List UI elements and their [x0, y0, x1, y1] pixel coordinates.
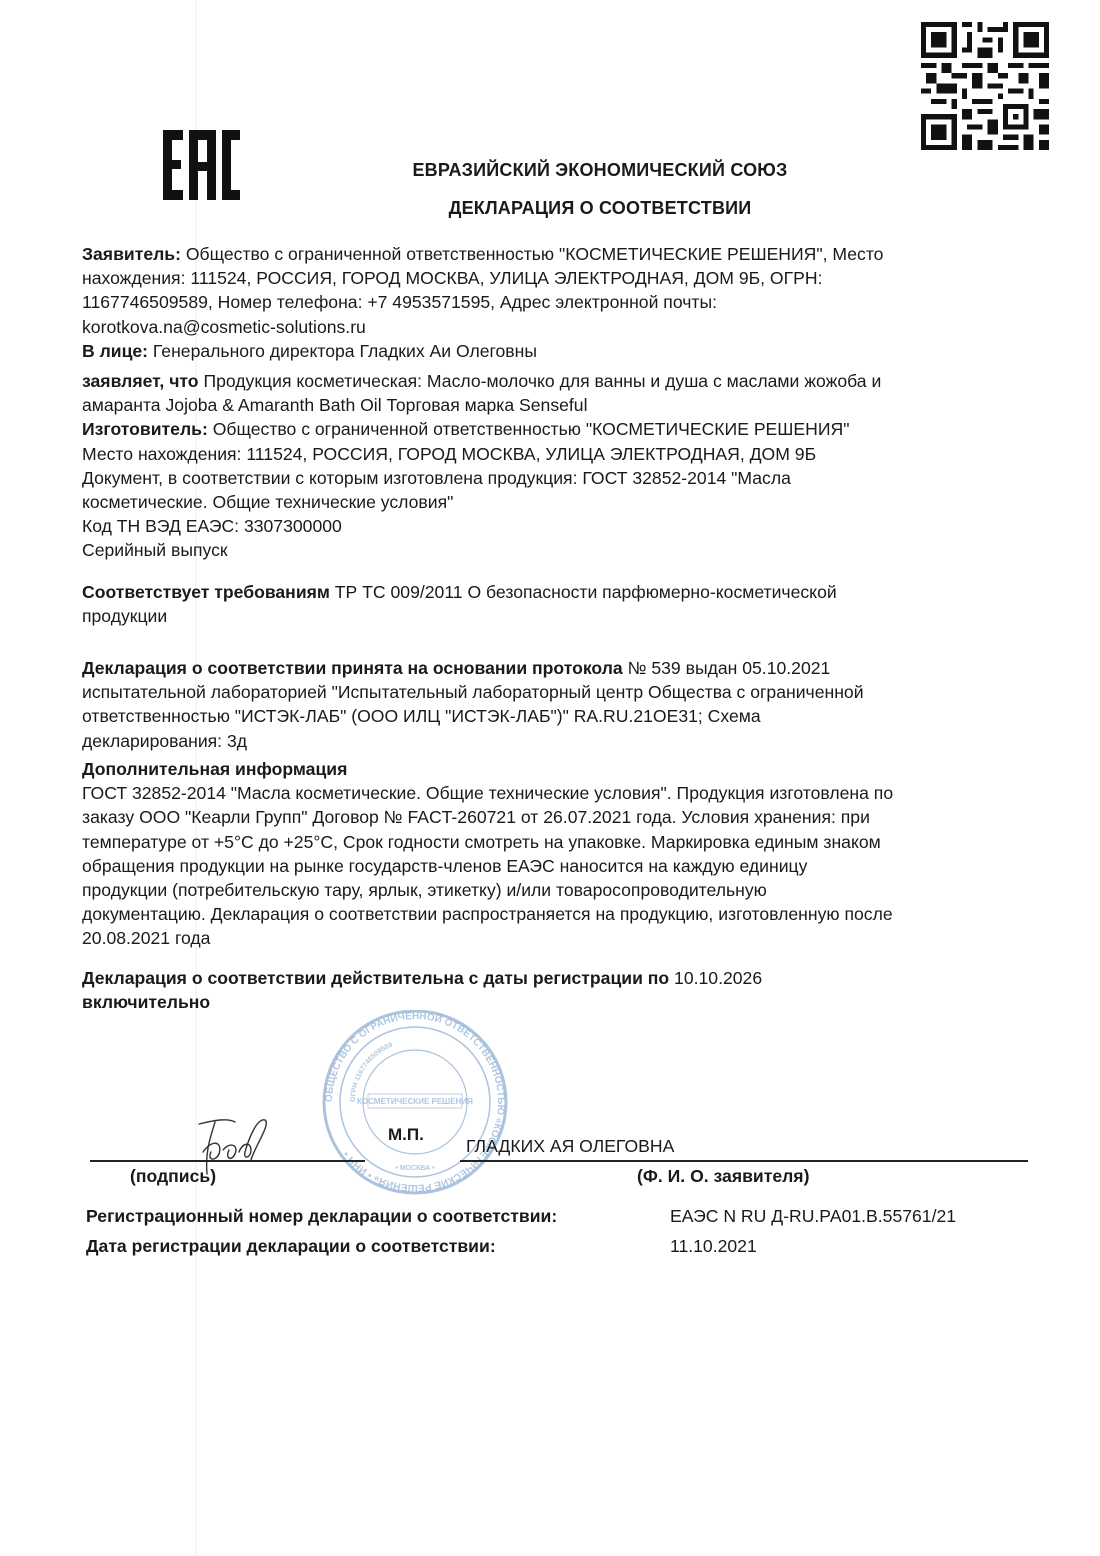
- signature-caption: (подпись): [130, 1166, 216, 1187]
- product-line: амаранта Jojoba & Amaranth Bath Oil Торг…: [82, 393, 1032, 417]
- compliance-line: ТР ТС 009/2011 О безопасности парфюмерно…: [330, 582, 837, 602]
- additional-line: температуре от +5°С до +25°С, Срок годно…: [82, 830, 1032, 854]
- basis-line: испытательной лабораторией "Испытательны…: [82, 680, 1032, 704]
- seal-place-label: М.П.: [388, 1125, 424, 1145]
- basis-line: № 539 выдан 05.10.2021: [623, 658, 831, 678]
- validity-section: Декларация о соответствии действительна …: [82, 966, 1032, 1014]
- compliance-label: Соответствует требованиям: [82, 582, 330, 602]
- applicant-label: Заявитель:: [82, 244, 181, 264]
- applicant-line: 1167746509589, Номер телефона: +7 495357…: [82, 290, 1032, 314]
- qr-code-icon: [921, 22, 1049, 150]
- svg-text:ОГРН 1167746509589: ОГРН 1167746509589: [350, 1042, 394, 1103]
- manufacturer-line: косметические. Общие технические условия…: [82, 490, 1032, 514]
- applicant-line: нахождения: 111524, РОССИЯ, ГОРОД МОСКВА…: [82, 266, 1032, 290]
- applicant-email: korotkova.na@cosmetic-solutions.ru: [82, 315, 1032, 339]
- registration-number-row: Регистрационный номер декларации о соотв…: [86, 1206, 557, 1227]
- declares-label: заявляет, что: [82, 371, 199, 391]
- manufacturer-line: Документ, в соответствии с которым изгот…: [82, 466, 1032, 490]
- compliance-section: Соответствует требованиям ТР ТС 009/2011…: [82, 580, 1032, 628]
- name-caption: (Ф. И. О. заявителя): [637, 1166, 809, 1187]
- manufacturer-line: Общество с ограниченной ответственностью…: [208, 419, 850, 439]
- manufacturer-label: Изготовитель:: [82, 419, 208, 439]
- company-seal-icon: ОБЩЕСТВО С ОГРАНИЧЕННОЙ ОТВЕТСТВЕННОСТЬЮ…: [310, 1010, 520, 1195]
- registration-date-row: Дата регистрации декларации о соответств…: [86, 1236, 496, 1257]
- union-heading: ЕВРАЗИЙСКИЙ ЭКОНОМИЧЕСКИЙ СОЮЗ: [160, 160, 1040, 181]
- basis-section: Декларация о соответствии принята на осн…: [82, 656, 1032, 753]
- person-label: В лице:: [82, 341, 148, 361]
- additional-line: заказу ООО "Кеарли Групп" Договор № FACT…: [82, 805, 1032, 829]
- basis-line: декларирования: 3д: [82, 729, 1032, 753]
- additional-line: ГОСТ 32852-2014 "Масла косметические. Об…: [82, 781, 1032, 805]
- product-line: Продукция косметическая: Масло-молочко д…: [199, 371, 882, 391]
- additional-label: Дополнительная информация: [82, 759, 347, 779]
- applicant-name: ГЛАДКИХ АЯ ОЛЕГОВНА: [466, 1136, 674, 1157]
- hs-code: Код ТН ВЭД ЕАЭС: 3307300000: [82, 514, 1032, 538]
- signature-line: [90, 1160, 365, 1162]
- validity-label: Декларация о соответствии действительна …: [82, 968, 669, 988]
- name-line: [460, 1160, 1028, 1162]
- additional-section: Дополнительная информация ГОСТ 32852-201…: [82, 757, 1032, 951]
- product-section: заявляет, что Продукция косметическая: М…: [82, 369, 1032, 563]
- applicant-section: Заявитель: Общество с ограниченной ответ…: [82, 242, 1032, 363]
- svg-text:• МОСКВА •: • МОСКВА •: [395, 1165, 435, 1172]
- compliance-line: продукции: [82, 604, 1032, 628]
- additional-line: обращения продукции на рынке государств-…: [82, 854, 1032, 878]
- person-value: Генерального директора Гладких Аи Олегов…: [148, 341, 537, 361]
- manufacturer-line: Место нахождения: 111524, РОССИЯ, ГОРОД …: [82, 442, 1032, 466]
- additional-line: продукции (потребительскую тару, ярлык, …: [82, 878, 1032, 902]
- validity-date: 10.10.2026: [669, 968, 762, 988]
- registration-date-value: 11.10.2021: [670, 1236, 757, 1257]
- basis-line: ответственностью "ИСТЭК-ЛАБ" (ООО ИЛЦ "И…: [82, 704, 1032, 728]
- registration-date-label: Дата регистрации декларации о соответств…: [86, 1236, 496, 1256]
- release-type: Серийный выпуск: [82, 538, 1032, 562]
- document-title: ДЕКЛАРАЦИЯ О СООТВЕТСТВИИ: [160, 198, 1040, 219]
- additional-line: 20.08.2021 года: [82, 926, 1032, 950]
- basis-label: Декларация о соответствии принята на осн…: [82, 658, 623, 678]
- additional-line: документацию. Декларация о соответствии …: [82, 902, 1032, 926]
- registration-number-value: ЕАЭС N RU Д-RU.РА01.В.55761/21: [670, 1206, 956, 1227]
- validity-label-2: включительно: [82, 992, 210, 1012]
- applicant-line: Общество с ограниченной ответственностью…: [181, 244, 884, 264]
- stamp-center-text: КОСМЕТИЧЕСКИЕ РЕШЕНИЯ: [357, 1097, 473, 1106]
- registration-number-label: Регистрационный номер декларации о соотв…: [86, 1206, 557, 1226]
